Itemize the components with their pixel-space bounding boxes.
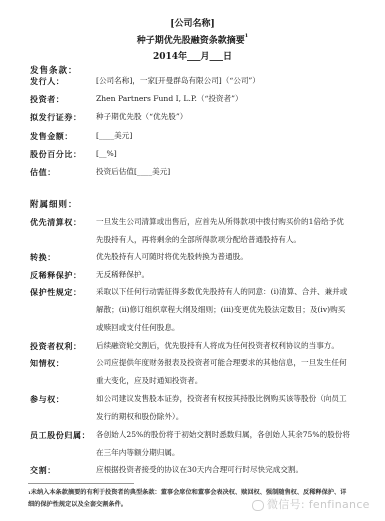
term-value: 公司应提供年度财务报表及投资者可能合理要求的其他信息，一旦发生任何重大变化，应及… [96, 354, 350, 390]
term-value: 各创始人25%的股份将于初始交割时悉数归属，各创始人其余75%的股份将在三年内等… [96, 426, 350, 462]
term-label: 优先清算权： [30, 213, 94, 231]
wechat-logo-icon [252, 500, 264, 511]
document-title-text: 种子期优先股融资条款摘要 [137, 36, 245, 46]
term-value: 种子期优先股（“优先股”） [96, 108, 350, 126]
document-date: 2014年___月___日 [0, 49, 385, 62]
term-label: 转换： [30, 248, 94, 266]
company-name-title: [公司名称] [0, 16, 385, 29]
document-title: 种子期优先股融资条款摘要1 [0, 33, 385, 46]
term-label: 交割： [30, 461, 94, 479]
term-value: 应根据投资者接受的协议在30天内合理可行时尽快完成交割。 [96, 461, 350, 479]
term-label: 投资者： [30, 90, 94, 108]
term-label: 股份百分比： [30, 145, 94, 163]
term-label: 反稀释保护： [30, 266, 94, 284]
term-label: 参与权： [30, 390, 94, 408]
term-value: 无反稀释保护。 [96, 266, 350, 284]
term-value: [____美元] [96, 127, 350, 145]
watermark: 微信号: fenfinance [252, 496, 370, 512]
term-value: [__%] [96, 145, 350, 163]
footnote-divider [28, 483, 134, 484]
term-label: 保护性规定： [30, 283, 94, 301]
term-value: [公司名称]，一家[开曼群岛有限公司]（“公司”） [96, 72, 350, 90]
term-value: 采取以下任何行动需征得多数优先股持有人的同意：(i)清算、合并、兼并或解散；(i… [96, 283, 350, 337]
term-value: 如公司建议发售股本证券，投资者有权按其持股比例购买该等股份（向员工发行的期权和股… [96, 390, 350, 426]
footnote-ref: 1 [245, 33, 248, 39]
term-value: Zhen Partners Fund I, L.P.（“投资者”） [96, 90, 350, 108]
ancillary-terms-heading: 附属细则： [30, 198, 78, 210]
term-label: 投资者权利： [30, 337, 94, 355]
term-label: 拟发行证券： [30, 108, 94, 126]
term-value: 优先股持有人可随时将优先股转换为普通股。 [96, 248, 350, 266]
term-label: 员工股份归属： [30, 426, 94, 444]
term-label: 发售金额： [30, 127, 94, 145]
term-value: 一旦发生公司清算或出售后，应首先从所得款项中拨付购买价的1倍给予优先股持有人，再… [96, 213, 350, 249]
term-label: 知情权： [30, 354, 94, 372]
term-value: 后续融资轮交割后，优先股持有人将成为任何投资者权利协议的当事方。 [96, 337, 350, 355]
term-label: 发行人： [30, 72, 94, 90]
term-value: 投资后估值[____美元] [96, 163, 350, 181]
term-label: 估值： [30, 163, 94, 181]
term-sheet-page: [公司名称] 种子期优先股融资条款摘要1 2014年___月___日 发售条款：… [0, 0, 385, 521]
watermark-text: 微信号: fenfinance [267, 498, 370, 511]
